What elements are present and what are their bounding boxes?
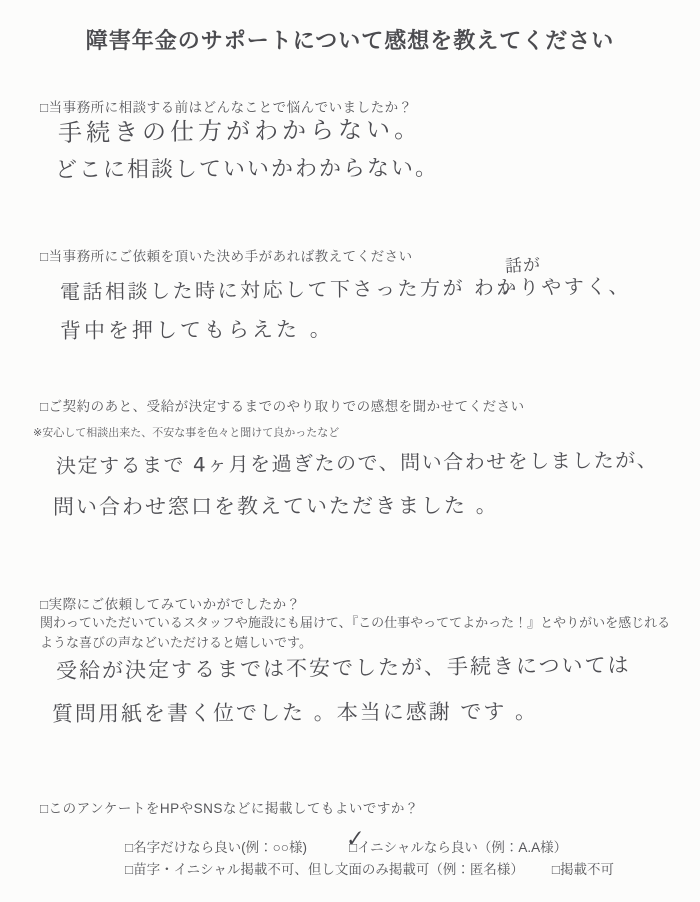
question-4-answer-line-2: 質問用紙を書く位でした 。本当に感謝 です 。: [52, 695, 538, 728]
checkbox-text-only-ok: □: [125, 862, 133, 877]
question-2-label: □当事務所にご依頼を頂いた決め手があれば教えてください: [40, 245, 413, 265]
option-lastname-ok: □名字だけなら良い(例：○○様): [125, 836, 307, 856]
publish-options-row-1: □名字だけなら良い(例：○○様) □✓イニシャルなら良い（例：A.A様）: [125, 836, 567, 856]
question-3-hint-note: ※安心して相談出来た、不安な事を色々と聞けて良かったなど: [33, 424, 339, 440]
option-text-only-ok: □苗字・イニシャル掲載不可、但し文面のみ掲載可（例：匿名様）: [125, 858, 524, 878]
question-3-answer-line-2: 問い合わせ窓口を教えていただきました 。: [53, 489, 499, 521]
page-title: 障害年金のサポートについて感想を教えてください: [0, 24, 700, 55]
checkbox-initials-ok: □: [349, 840, 357, 855]
option-initials-ok: □✓イニシャルなら良い（例：A.A様）: [349, 836, 567, 856]
question-5-label: □このアンケートをHPやSNSなどに掲載してもよいですか？: [40, 797, 419, 817]
option-text-only-ok-label: 苗字・イニシャル掲載不可、但し文面のみ掲載可（例：匿名様）: [133, 862, 524, 877]
question-4-answer-line-1: 受給が決定するまでは不安でしたが、手続きについては: [56, 649, 631, 685]
option-no-publish-label: 掲載不可: [560, 862, 614, 877]
option-no-publish: □掲載不可: [552, 858, 614, 878]
question-4-label: □実際にご依頼してみていかがでしたか？: [40, 593, 301, 613]
checkbox-no-publish: □: [552, 862, 560, 877]
survey-sheet: 障害年金のサポートについて感想を教えてください □当事務所に相談する前はどんなこ…: [0, 0, 700, 902]
question-2-answer-line-2: 背中を押してもらえた 。: [60, 313, 334, 345]
question-3-answer-line-1: 決定するまで 4ヶ月を過ぎたので、問い合わせをしましたが、: [56, 444, 658, 479]
publish-options-row-2: □苗字・イニシャル掲載不可、但し文面のみ掲載可（例：匿名様） □掲載不可: [125, 858, 614, 878]
question-3-label: □ご契約のあと、受給が決定するまでのやり取りでの感想を聞かせてください: [40, 395, 525, 415]
question-2-answer-line-1: 電話相談した時に対応して下さった方が わかりやすく、: [60, 270, 631, 305]
checkbox-lastname-ok: □: [125, 840, 133, 855]
question-4-subtext: 関わっていただいているスタッフや施設にも届けて、『この仕事やっててよかった！』と…: [40, 613, 676, 653]
question-1-answer-line-2: どこに相談していいかわからない。: [55, 151, 439, 184]
option-lastname-ok-label: 名字だけなら良い(例：○○様): [133, 840, 307, 855]
option-initials-ok-label: イニシャルなら良い（例：A.A様）: [357, 840, 567, 855]
question-1-answer-line-1: 手続きの仕方がわからない。: [58, 109, 422, 148]
